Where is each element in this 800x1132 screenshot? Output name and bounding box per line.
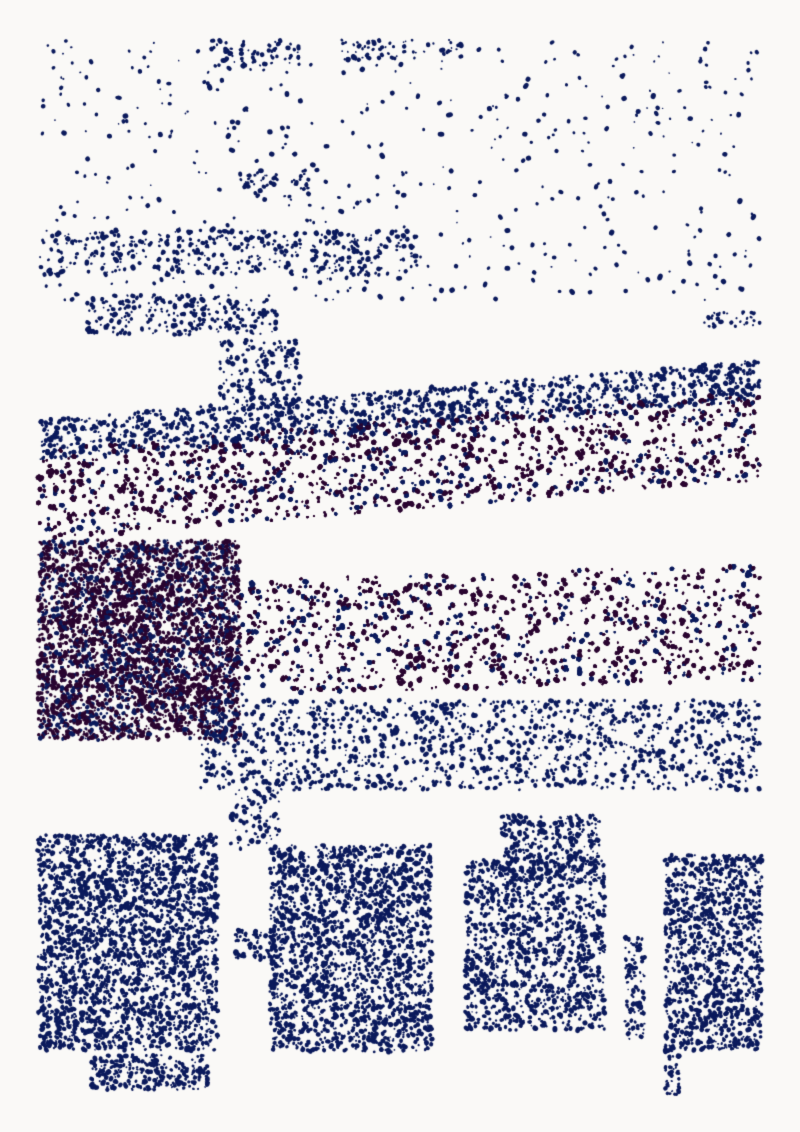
- stipple-artwork: Stippled dot rendering of a street scene…: [0, 0, 800, 1132]
- artwork-canvas: [0, 0, 800, 1132]
